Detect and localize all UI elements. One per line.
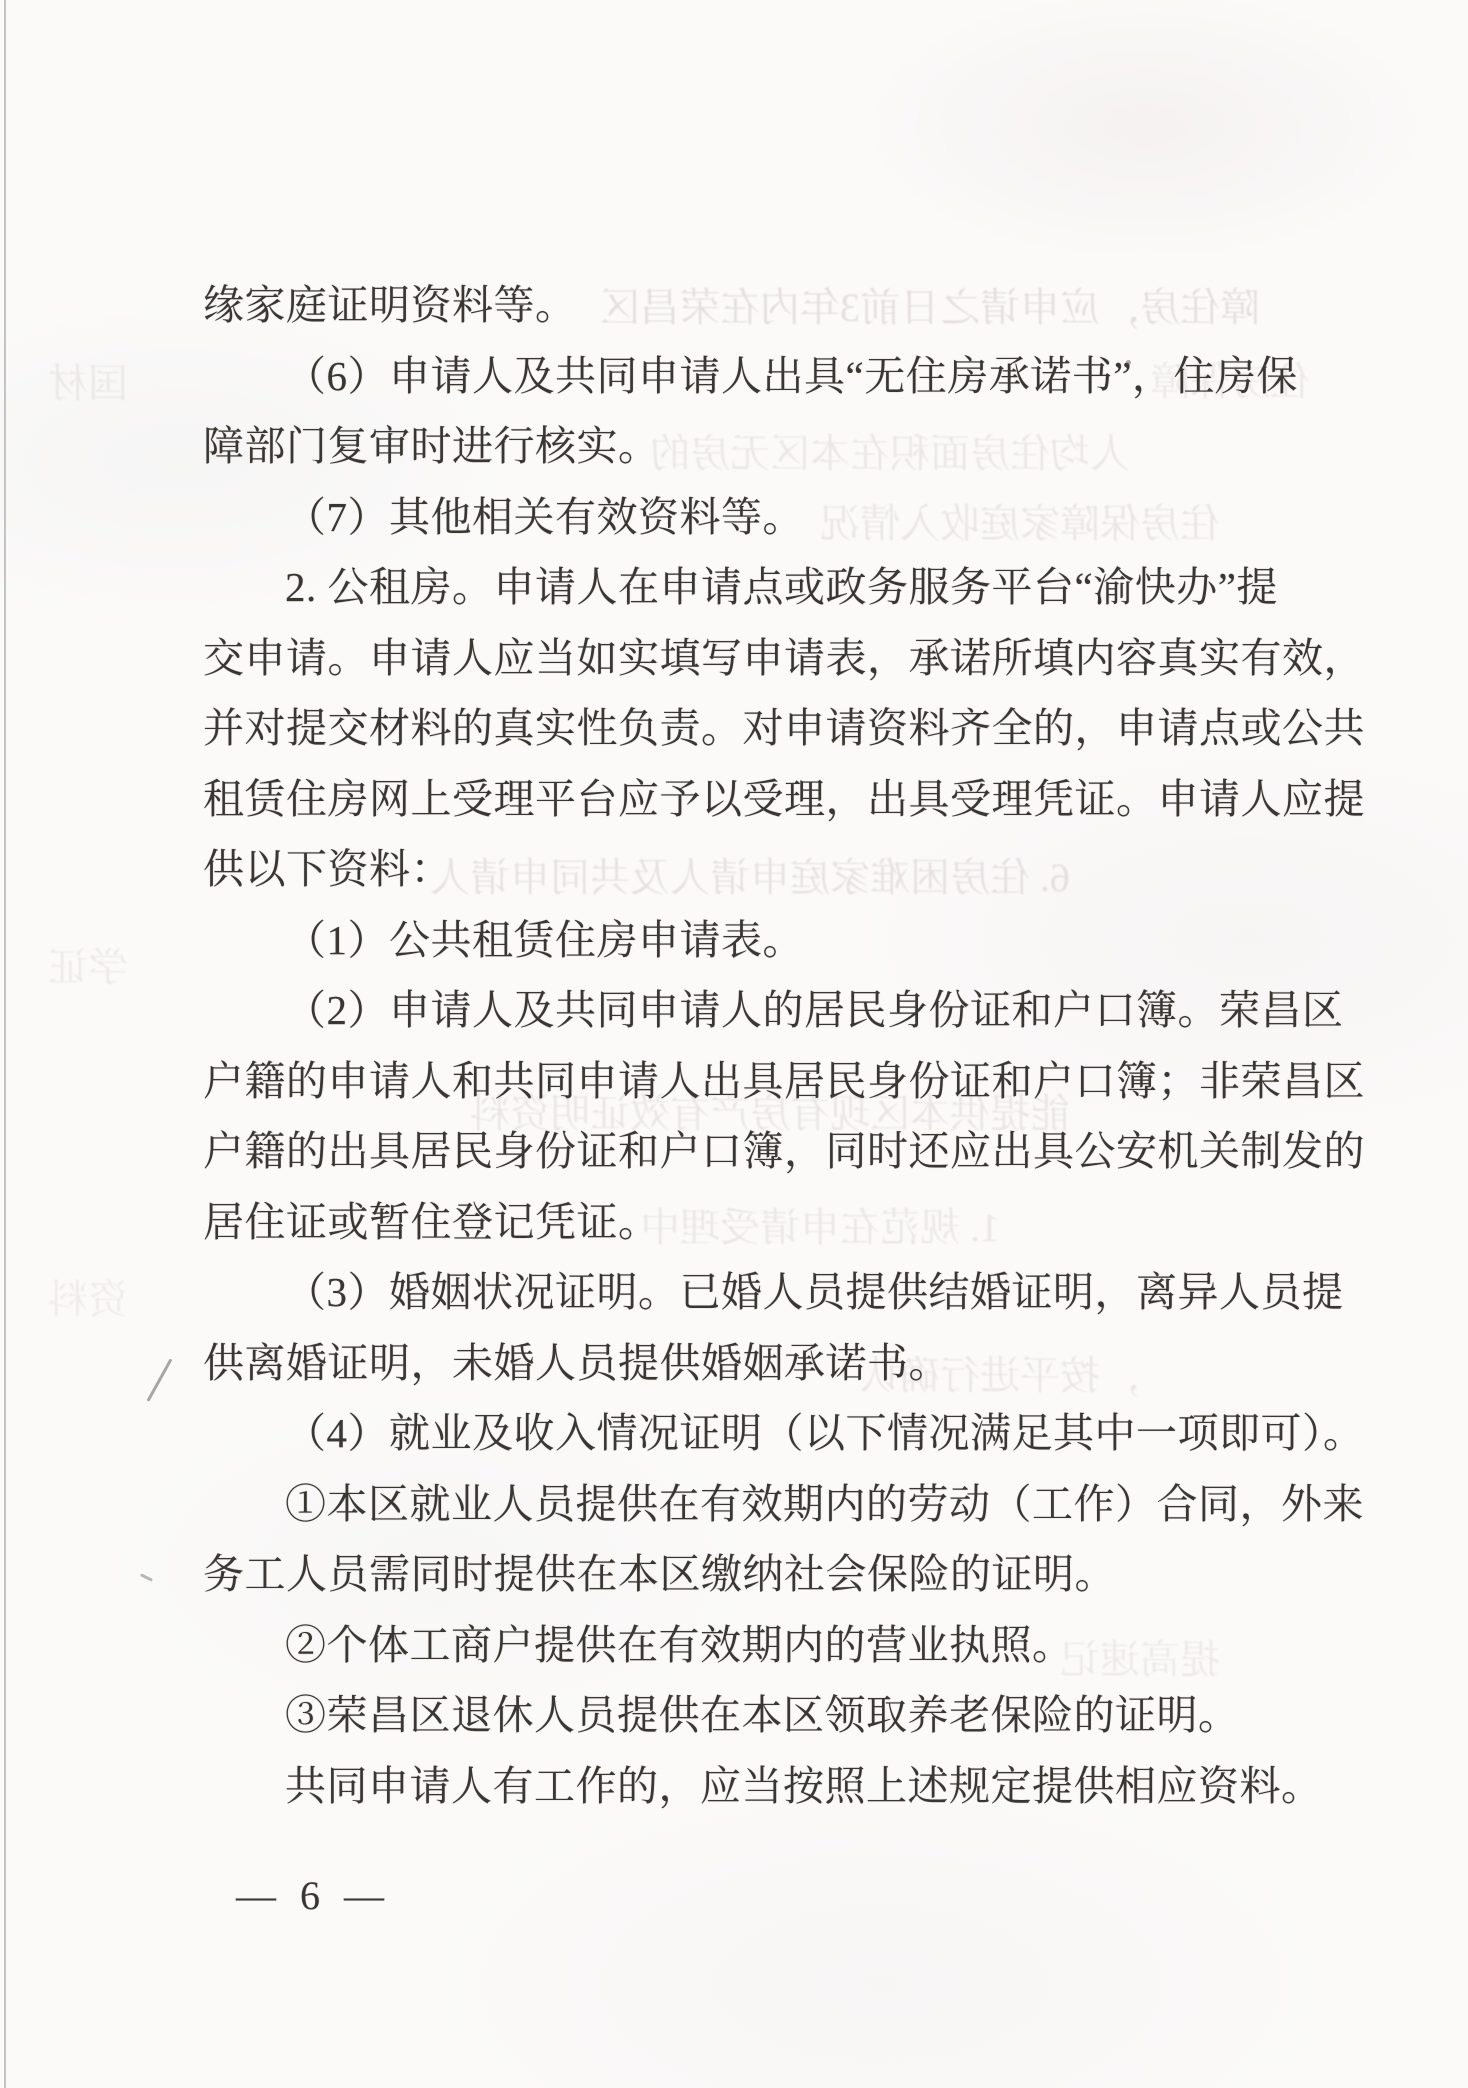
text-line: （4）就业及收入情况证明（以下情况满足其中一项即可）。 (203, 1398, 1333, 1469)
text-line: （3）婚姻状况证明。已婚人员提供结婚证明，离异人员提 (203, 1257, 1333, 1328)
text-line: 交申请。申请人应当如实填写申请表，承诺所填内容真实有效， (203, 623, 1333, 694)
text-line: ②个体工商户提供在有效期内的营业执照。 (203, 1610, 1333, 1681)
text-line: 供离婚证明，未婚人员提供婚姻承诺书。 (203, 1328, 1333, 1399)
text-line: 户籍的申请人和共同申请人出具居民身份证和户口簿；非荣昌区 (203, 1046, 1333, 1117)
pencil-tick-mark (140, 1573, 153, 1581)
text-line: 2. 公租房。申请人在申请点或政务服务平台“渝快办”提 (203, 552, 1333, 623)
text-line: （1）公共租赁住房申请表。 (203, 905, 1333, 976)
ink-speck (1126, 360, 1131, 365)
scanned-document-page: 障住房，应申请之日前3年内在荣昌区 住房保障 人均住房面积在本区无房的 住房保障… (0, 0, 1468, 2088)
text-line: 户籍的出具居民身份证和户口簿，同时还应出具公安机关制发的 (203, 1116, 1333, 1187)
text-line: （2）申请人及共同申请人的居民身份证和户口簿。荣昌区 (203, 975, 1333, 1046)
bleedthrough-text: 资料 (48, 1268, 128, 1325)
page-number: — 6 — (236, 1872, 391, 1919)
text-line: 居住证或暂住登记凭证。 (203, 1187, 1333, 1258)
text-line: 供以下资料： (203, 834, 1333, 905)
text-line: 务工人员需同时提供在本区缴纳社会保险的证明。 (203, 1539, 1333, 1610)
pencil-slash-mark (147, 1358, 172, 1401)
text-line: （6）申请人及共同申请人出具“无住房承诺书”，住房保 (203, 341, 1333, 412)
text-line: ③荣昌区退休人员提供在本区领取养老保险的证明。 (203, 1680, 1333, 1751)
scanner-edge-line (4, 0, 6, 2088)
document-body: 缘家庭证明资料等。 （6）申请人及共同申请人出具“无住房承诺书”，住房保 障部门… (203, 270, 1333, 1821)
bleedthrough-text: 学证 (48, 936, 128, 993)
text-line: 共同申请人有工作的，应当按照上述规定提供相应资料。 (203, 1751, 1333, 1822)
text-line: 缘家庭证明资料等。 (203, 270, 1333, 341)
text-line: （7）其他相关有效资料等。 (203, 482, 1333, 553)
bleedthrough-text: 国材 (48, 352, 128, 409)
text-line: 并对提交材料的真实性负责。对申请资料齐全的，申请点或公共 (203, 693, 1333, 764)
text-line: 障部门复审时进行核实。 (203, 411, 1333, 482)
text-line: ①本区就业人员提供在有效期内的劳动（工作）合同，外来 (203, 1469, 1333, 1540)
text-line: 租赁住房网上受理平台应予以受理，出具受理凭证。申请人应提 (203, 764, 1333, 835)
